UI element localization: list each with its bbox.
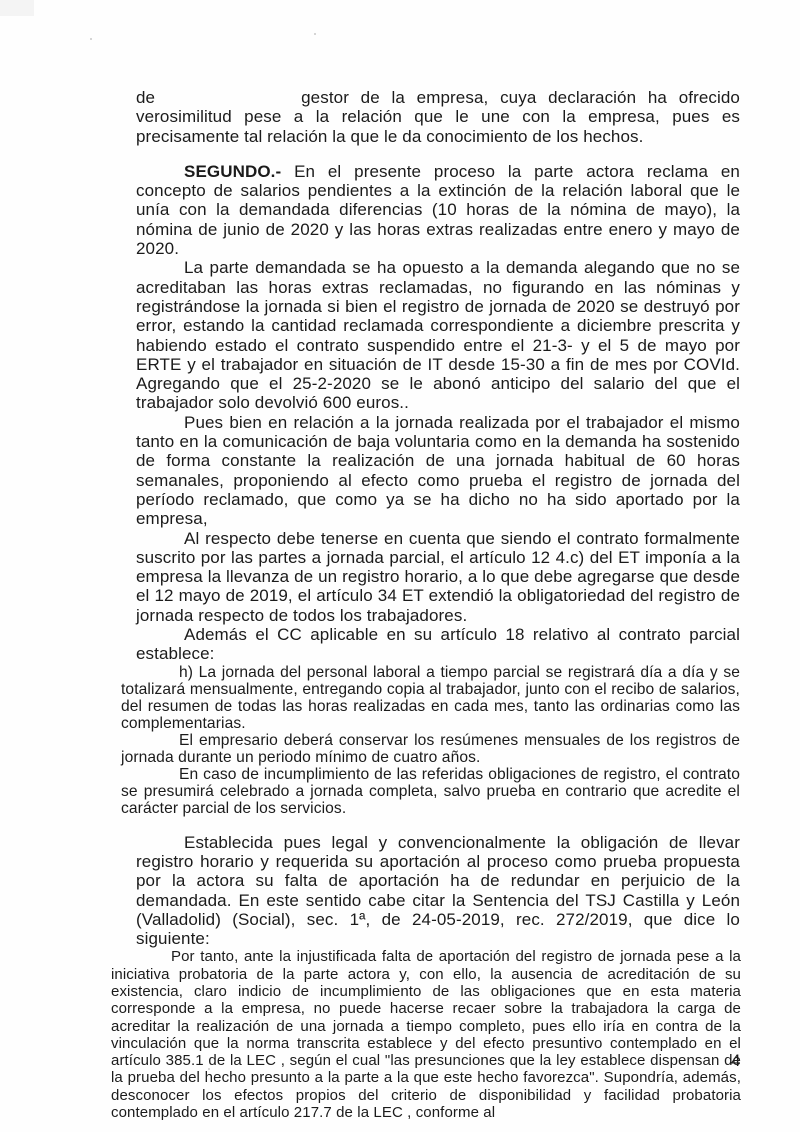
scan-speck (90, 38, 92, 40)
scan-speck (314, 33, 316, 35)
quote-convenio-incumplimiento: En caso de incumplimiento de las referid… (121, 766, 740, 817)
paragraph-obligacion-registro: Establecida pues legal y convencionalmen… (136, 833, 740, 949)
paragraph-demandada-oposicion: La parte demandada se ha opuesto a la de… (136, 258, 740, 412)
quote-sentencia-tsj: Por tanto, ante la injustificada falta d… (111, 948, 741, 1121)
segundo-heading: SEGUNDO.- (184, 162, 281, 181)
paragraph-registro-horario: Al respecto debe tenerse en cuenta que s… (136, 529, 740, 625)
quote-convenio-conservar: El empresario deberá conservar los resúm… (121, 732, 740, 766)
document-body: degestor de la empresa, cuya declaración… (136, 88, 740, 1121)
paragraph-text: gestor de la empresa, cuya declaración h… (136, 88, 740, 146)
paragraph-witness-statement: degestor de la empresa, cuya declaración… (136, 88, 740, 146)
quote-convenio-h: h) La jornada del personal laboral a tie… (121, 664, 740, 732)
scan-corner-artifact (0, 0, 34, 16)
redacted-name-gap (155, 102, 301, 103)
paragraph-lead: de (136, 88, 155, 107)
paragraph-cc-aplicable: Además el CC aplicable en su artículo 18… (136, 625, 740, 664)
paragraph-segundo: SEGUNDO.- En el presente proceso la part… (136, 162, 740, 258)
page-number: 4 (731, 1051, 740, 1071)
document-page: degestor de la empresa, cuya declaración… (0, 0, 800, 1132)
paragraph-jornada-realizada: Pues bien en relación a la jornada reali… (136, 413, 740, 529)
